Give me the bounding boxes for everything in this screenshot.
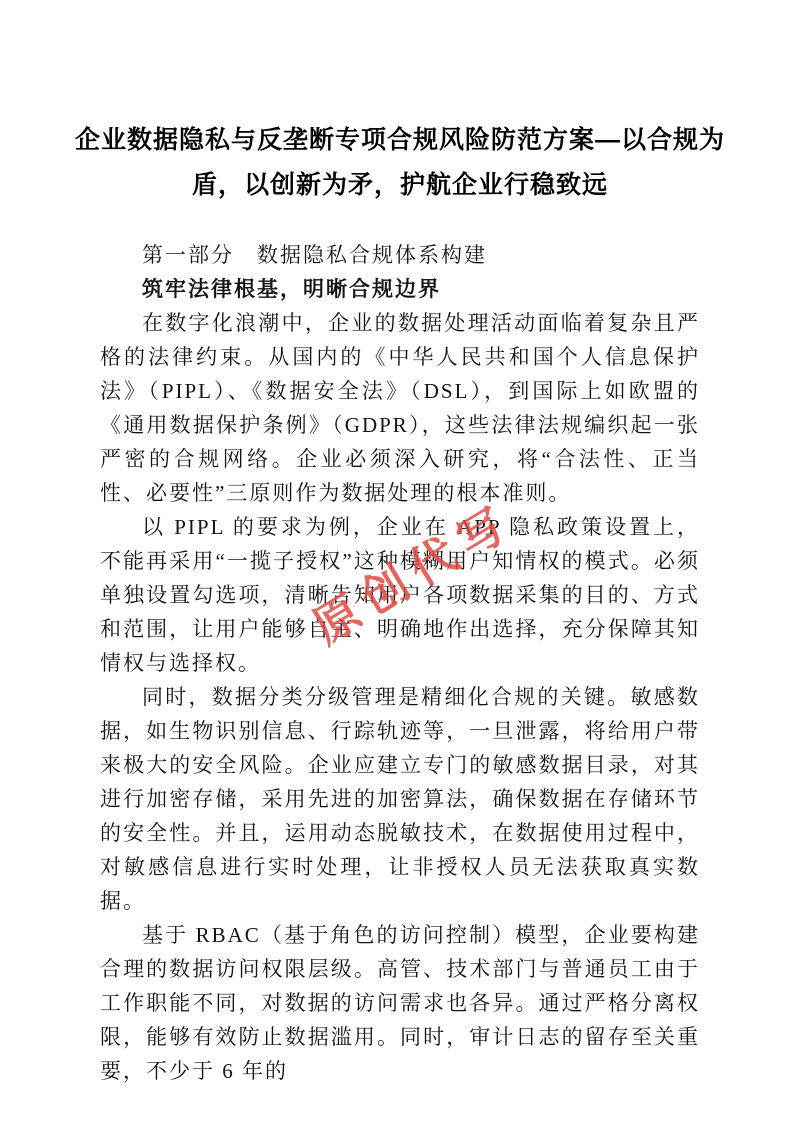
paragraph-data-classification: 同时，数据分类分级管理是精细化合规的关键。敏感数据，如生物识别信息、行踪轨迹等，… — [100, 680, 700, 918]
document-page: 原创代写 企业数据隐私与反垄断专项合规风险防范方案—以合规为 盾，以创新为矛，护… — [0, 0, 800, 1132]
document-title-line-2: 盾，以创新为矛，护航企业行稳致远 — [50, 163, 750, 208]
document-title-line-1: 企业数据隐私与反垄断专项合规风险防范方案—以合规为 — [50, 118, 750, 163]
paragraph-rbac-access-control: 基于 RBAC（基于角色的访问控制）模型，企业要构建合理的数据访问权限层级。高管… — [100, 918, 700, 1088]
sub-heading: 筑牢法律根基，明晰合规边界 — [100, 272, 700, 306]
paragraph-pipl-consent: 以 PIPL 的要求为例，企业在 APP 隐私政策设置上，不能再采用“一揽子授权… — [100, 510, 700, 680]
document-body: 第一部分 数据隐私合规体系构建 筑牢法律根基，明晰合规边界 在数字化浪潮中，企业… — [100, 238, 700, 1088]
document-title: 企业数据隐私与反垄断专项合规风险防范方案—以合规为 盾，以创新为矛，护航企业行稳… — [50, 118, 750, 208]
section-heading: 第一部分 数据隐私合规体系构建 — [100, 238, 700, 272]
paragraph-legal-framework: 在数字化浪潮中，企业的数据处理活动面临着复杂且严格的法律约束。从国内的《中华人民… — [100, 306, 700, 510]
